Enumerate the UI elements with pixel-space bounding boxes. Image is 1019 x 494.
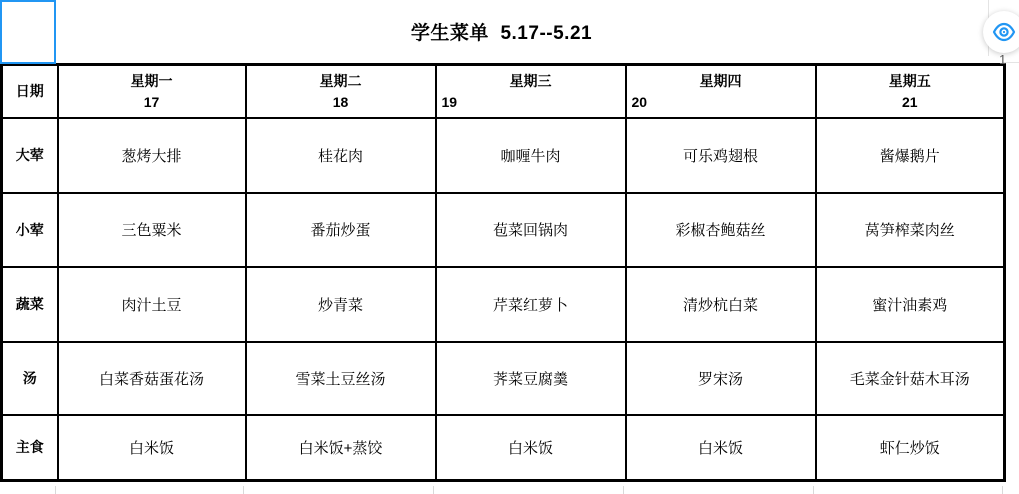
day-date: 19 [437, 93, 625, 111]
corner-header-cell[interactable]: 日期 [2, 65, 58, 118]
dish-cell[interactable]: 番茄炒蛋 [246, 193, 436, 267]
row-number: 1 [999, 52, 1006, 67]
next-row-partial [0, 486, 1003, 494]
dish-cell[interactable]: 彩椒杏鲍菇丝 [626, 193, 816, 267]
day-name: 星期一 [59, 72, 245, 90]
preview-button[interactable] [983, 11, 1019, 53]
dish-cell[interactable]: 肉汁土豆 [58, 267, 246, 342]
day-date: 17 [59, 93, 245, 111]
table-row: 大荤 葱烤大排 桂花肉 咖喱牛肉 可乐鸡翅根 酱爆鹅片 [2, 118, 1005, 193]
dish-cell[interactable]: 毛菜金针菇木耳汤 [816, 342, 1005, 415]
dish-cell[interactable]: 罗宋汤 [626, 342, 816, 415]
header-cell-friday[interactable]: 星期五 21 [816, 65, 1005, 118]
header-cell-thursday[interactable]: 星期四 20 [626, 65, 816, 118]
table-row: 小荤 三色粟米 番茄炒蛋 苞菜回锅肉 彩椒杏鲍菇丝 莴笋榨菜肉丝 [2, 193, 1005, 267]
dish-cell[interactable]: 雪菜土豆丝汤 [246, 342, 436, 415]
dish-cell[interactable]: 芹菜红萝卜 [436, 267, 626, 342]
dish-cell[interactable]: 葱烤大排 [58, 118, 246, 193]
eye-icon [992, 20, 1016, 44]
header-cell-monday[interactable]: 星期一 17 [58, 65, 246, 118]
header-row: 日期 星期一 17 星期二 18 星期三 19 星期四 20 星期五 21 [2, 65, 1005, 118]
dish-cell[interactable]: 咖喱牛肉 [436, 118, 626, 193]
dish-cell[interactable]: 白米饭+蒸饺 [246, 415, 436, 481]
dish-cell[interactable]: 白米饭 [626, 415, 816, 481]
day-date: 20 [627, 93, 815, 111]
dish-cell[interactable]: 荠菜豆腐羹 [436, 342, 626, 415]
menu-table: 日期 星期一 17 星期二 18 星期三 19 星期四 20 星期五 21 大荤… [0, 63, 1006, 482]
row-label-cell[interactable]: 主食 [2, 415, 58, 481]
row-label-cell[interactable]: 小荤 [2, 193, 58, 267]
dish-cell[interactable]: 白米饭 [58, 415, 246, 481]
gridline [55, 486, 56, 494]
table-row: 汤 白菜香菇蛋花汤 雪菜土豆丝汤 荠菜豆腐羹 罗宋汤 毛菜金针菇木耳汤 [2, 342, 1005, 415]
dish-cell[interactable]: 莴笋榨菜肉丝 [816, 193, 1005, 267]
day-date: 21 [817, 93, 1004, 111]
day-name: 星期三 [437, 72, 625, 90]
dish-cell[interactable]: 白菜香菇蛋花汤 [58, 342, 246, 415]
dish-cell[interactable]: 虾仁炒饭 [816, 415, 1005, 481]
day-date: 18 [247, 93, 435, 111]
dish-cell[interactable]: 三色粟米 [58, 193, 246, 267]
table-row: 主食 白米饭 白米饭+蒸饺 白米饭 白米饭 虾仁炒饭 [2, 415, 1005, 481]
dish-cell[interactable]: 苞菜回锅肉 [436, 193, 626, 267]
gridline [813, 486, 814, 494]
row-label-cell[interactable]: 蔬菜 [2, 267, 58, 342]
gridline [433, 486, 434, 494]
dish-cell[interactable]: 白米饭 [436, 415, 626, 481]
page-title: 学生菜单 5.17--5.21 [0, 0, 1003, 62]
row-label-cell[interactable]: 汤 [2, 342, 58, 415]
dish-cell[interactable]: 可乐鸡翅根 [626, 118, 816, 193]
day-name: 星期四 [627, 72, 815, 90]
gridline [1002, 486, 1003, 494]
day-name: 星期二 [247, 72, 435, 90]
dish-cell[interactable]: 炒青菜 [246, 267, 436, 342]
header-cell-tuesday[interactable]: 星期二 18 [246, 65, 436, 118]
selected-cell[interactable] [0, 0, 56, 64]
dish-cell[interactable]: 桂花肉 [246, 118, 436, 193]
header-cell-wednesday[interactable]: 星期三 19 [436, 65, 626, 118]
table-row: 蔬菜 肉汁土豆 炒青菜 芹菜红萝卜 清炒杭白菜 蜜汁油素鸡 [2, 267, 1005, 342]
dish-cell[interactable]: 蜜汁油素鸡 [816, 267, 1005, 342]
dish-cell[interactable]: 清炒杭白菜 [626, 267, 816, 342]
row-label-cell[interactable]: 大荤 [2, 118, 58, 193]
gridline [623, 486, 624, 494]
day-name: 星期五 [817, 72, 1004, 90]
gridline [243, 486, 244, 494]
dish-cell[interactable]: 酱爆鹅片 [816, 118, 1005, 193]
